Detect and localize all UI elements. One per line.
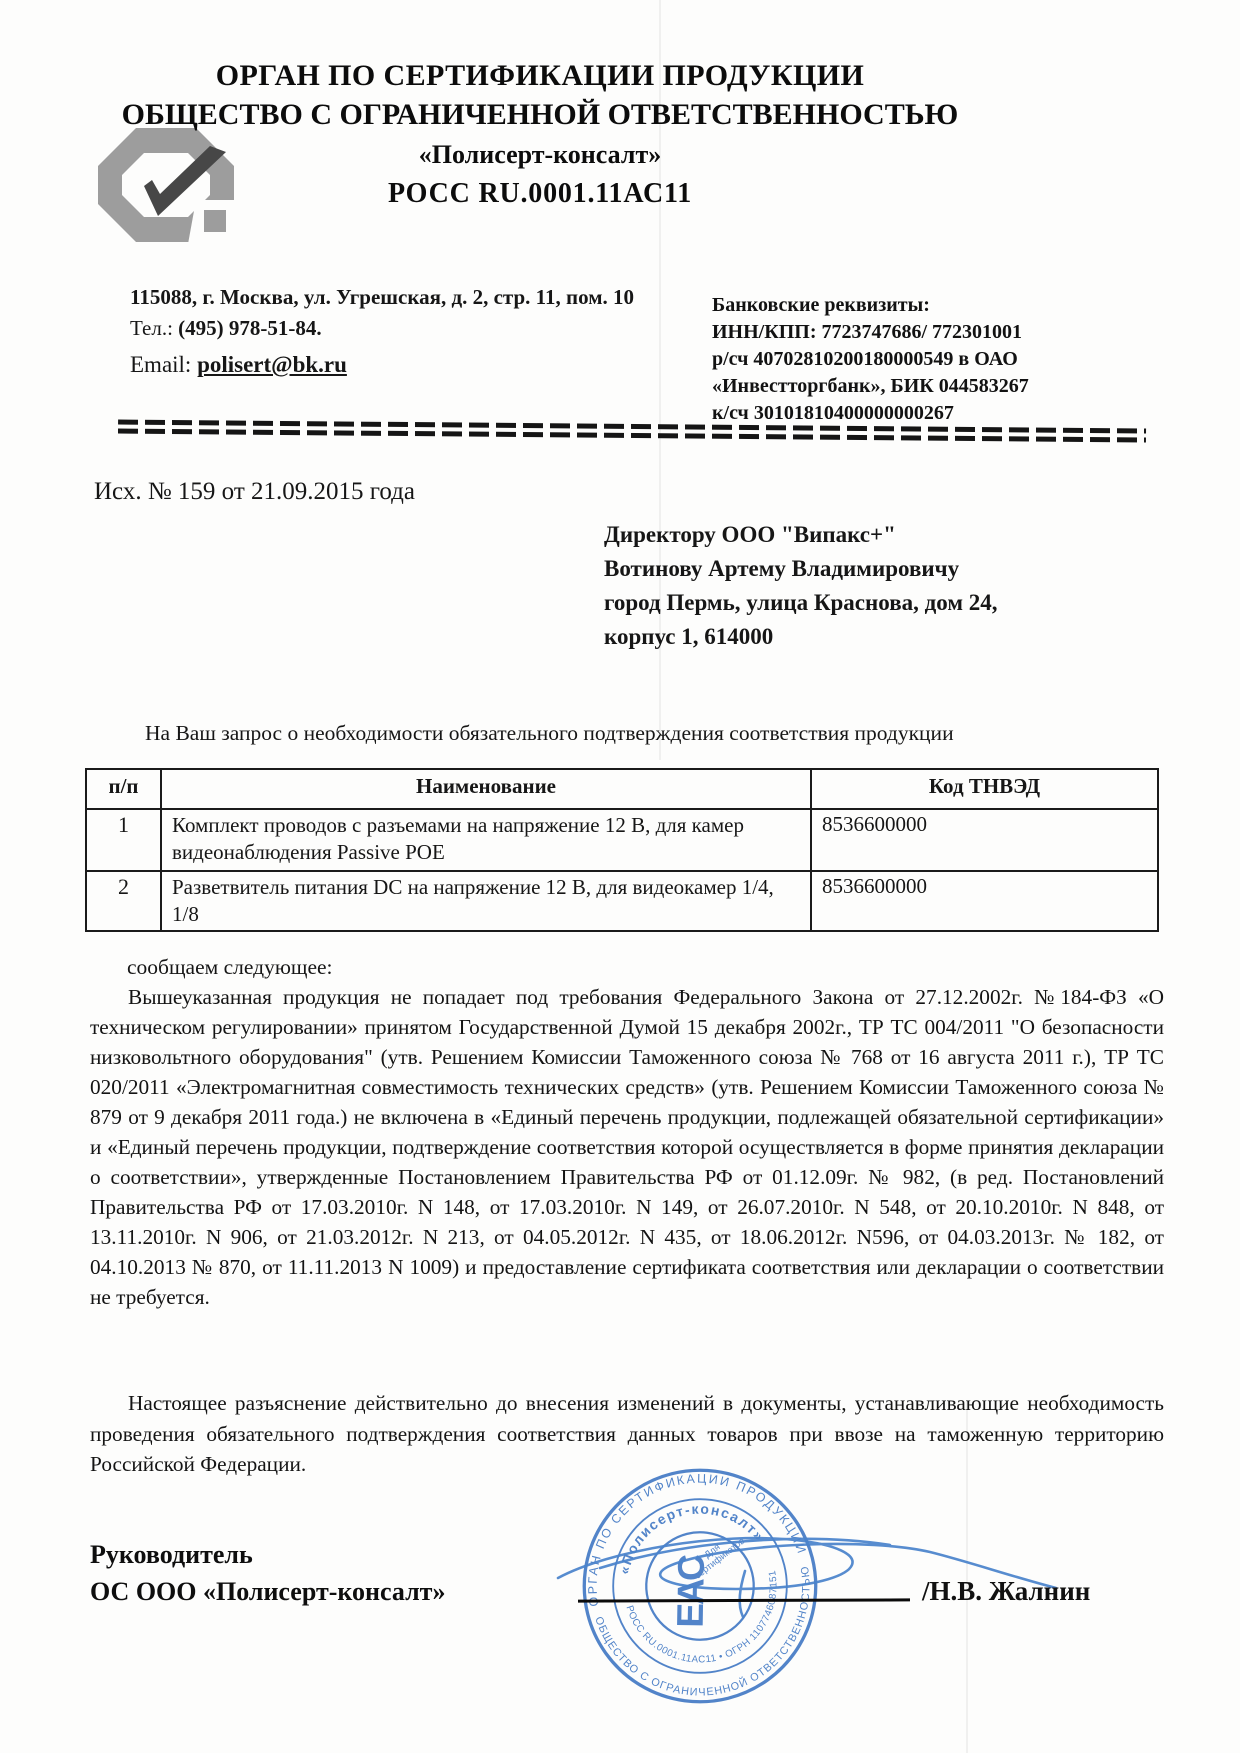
signer-position: Руководитель [90, 1536, 445, 1573]
signer-title: Руководитель ОС ООО «Полисерт-консалт» [90, 1536, 445, 1610]
bank-name-bik: «Инвестторгбанк», БИК 044583267 [712, 373, 1052, 400]
org-type-title: ОРГАН ПО СЕРТИФИКАЦИИ ПРОДУКЦИИ [60, 56, 1020, 95]
accreditation-number: РОСС RU.0001.11АС11 [60, 174, 1020, 214]
products-table: п/п Наименование Код ТНВЭД 1 Комплект пр… [85, 768, 1159, 932]
org-form-title: ОБЩЕСТВО С ОГРАНИЧЕННОЙ ОТВЕТСТВЕННОСТЬЮ [60, 95, 1020, 135]
body-paragraph-1: Вышеуказанная продукция не попадает под … [90, 982, 1164, 1312]
col-header-num: п/п [86, 769, 161, 809]
addressee-street: город Пермь, улица Краснова, дом 24, [604, 586, 997, 620]
handwritten-signature [540, 1516, 1070, 1626]
bank-inn-kpp: ИНН/КПП: 7723747686/ 772301001 [712, 319, 1052, 346]
signer-org: ОС ООО «Полисерт-консалт» [90, 1573, 445, 1610]
tnved-code: 8536600000 [811, 809, 1158, 871]
contact-block: 115088, г. Москва, ул. Угрешская, д. 2, … [130, 282, 634, 344]
table-row: 1 Комплект проводов с разъемами на напря… [86, 809, 1158, 871]
col-header-code: Код ТНВЭД [811, 769, 1158, 809]
body-lead: сообщаем следующее: [127, 955, 333, 980]
bank-title: Банковские реквизиты: [712, 292, 1052, 319]
tnved-code: 8536600000 [811, 871, 1158, 931]
row-number: 1 [86, 809, 161, 871]
email-line: Email: polisert@bk.ru [130, 352, 347, 378]
addressee-postcode: корпус 1, 614000 [604, 620, 997, 654]
org-name: «Полисерт-консалт» [60, 135, 1020, 174]
bank-account: р/сч 40702810200180000549 в ОАО [712, 346, 1052, 373]
email-label: Email: [130, 352, 191, 377]
phone-line: Тел.: (495) 978-51-84. [130, 313, 634, 344]
phone-number: (495) 978-51-84. [178, 316, 321, 340]
document-page: ОРГАН ПО СЕРТИФИКАЦИИ ПРОДУКЦИИ ОБЩЕСТВО… [0, 0, 1240, 1753]
phone-label: Тел.: [130, 316, 173, 340]
bank-details: Банковские реквизиты: ИНН/КПП: 772374768… [712, 292, 1052, 427]
addressee-name: Вотинову Артему Владимировичу [604, 552, 997, 586]
addressee-block: Директору ООО "Випакс+" Вотинову Артему … [604, 518, 997, 654]
bank-corr-account: к/сч 30101810400000000267 [712, 400, 1052, 427]
outgoing-ref-line: Исх. № 159 от 21.09.2015 года [94, 478, 415, 506]
table-header-row: п/п Наименование Код ТНВЭД [86, 769, 1158, 809]
table-row: 2 Разветвитель питания DC на напряжение … [86, 871, 1158, 931]
intro-line: На Ваш запрос о необходимости обязательн… [145, 721, 954, 746]
signer-name: /Н.В. Жалнин [922, 1576, 1090, 1607]
body-paragraph-2: Настоящее разъяснение действительно до в… [90, 1388, 1164, 1480]
col-header-name: Наименование [161, 769, 811, 809]
letterhead: ОРГАН ПО СЕРТИФИКАЦИИ ПРОДУКЦИИ ОБЩЕСТВО… [60, 56, 1020, 214]
email-address: polisert@bk.ru [197, 352, 347, 377]
product-name: Разветвитель питания DC на напряжение 12… [161, 871, 811, 931]
row-number: 2 [86, 871, 161, 931]
postal-address: 115088, г. Москва, ул. Угрешская, д. 2, … [130, 282, 634, 313]
addressee-position: Директору ООО "Випакс+" [604, 518, 997, 552]
product-name: Комплект проводов с разъемами на напряже… [161, 809, 811, 871]
